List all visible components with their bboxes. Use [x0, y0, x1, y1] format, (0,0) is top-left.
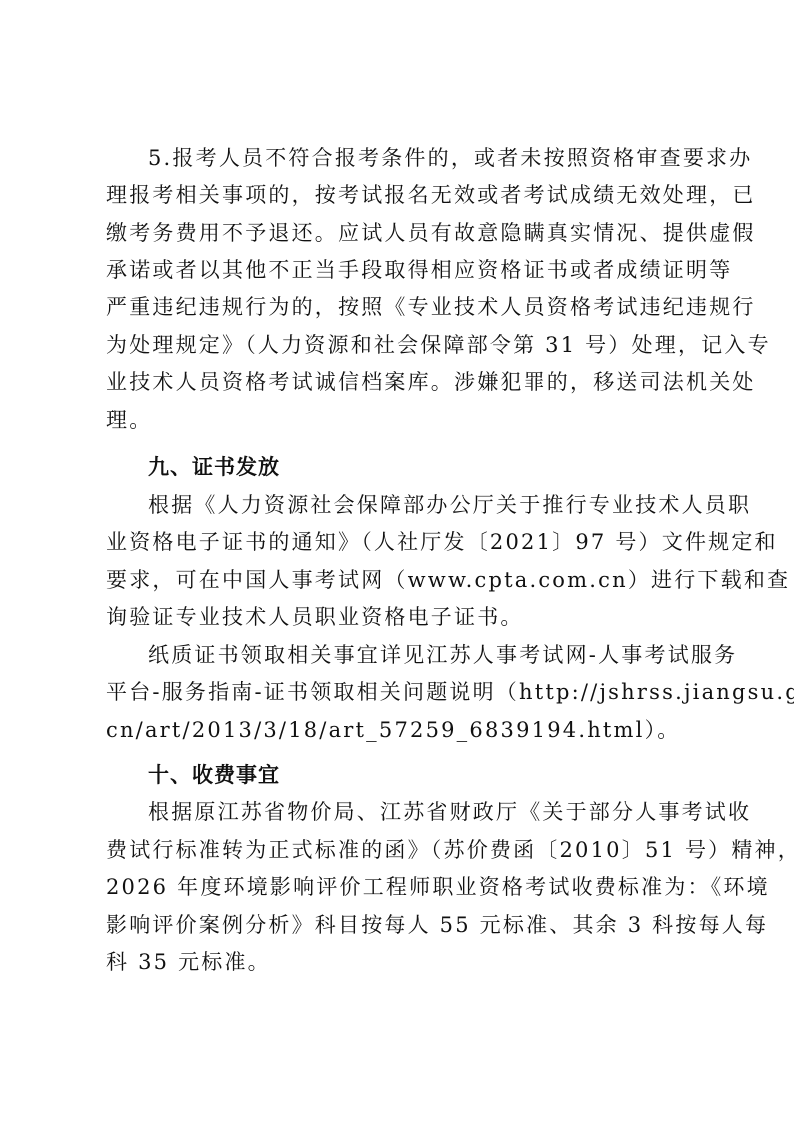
paragraph-line: 根据《人力资源社会保障部办公厅关于推行专业技术人员职 — [148, 492, 692, 518]
paragraph-line: 影响评价案例分析》科目按每人 55 元标准、其余 3 科按每人每 — [106, 912, 692, 938]
paragraph-line: cn/art/2013/3/18/art_57259_6839194.html）… — [106, 717, 692, 743]
paragraph-line: 理报考相关事项的，按考试报名无效或者考试成绩无效处理，已 — [106, 182, 692, 208]
paragraph-line: 科 35 元标准。 — [106, 949, 692, 975]
paragraph-line: 2026 年度环境影响评价工程师职业资格考试收费标准为：《环境 — [106, 874, 692, 900]
paragraph-line: 费试行标准转为正式标准的函》（苏价费函〔2010〕51 号）精神， — [106, 837, 692, 863]
paragraph-line: 缴考务费用不予退还。应试人员有故意隐瞒真实情况、提供虚假 — [106, 220, 692, 246]
section-heading-certificate: 九、证书发放 — [148, 454, 280, 480]
paragraph-line: 业资格电子证书的通知》（人社厅发〔2021〕97 号）文件规定和 — [106, 529, 692, 555]
section-heading-fees: 十、收费事宜 — [148, 762, 280, 788]
paragraph-line: 询验证专业技术人员职业资格电子证书。 — [106, 604, 692, 630]
paragraph-line: 业技术人员资格考试诚信档案库。涉嫌犯罪的，移送司法机关处 — [106, 369, 692, 395]
paragraph-line: 5.报考人员不符合报考条件的，或者未按照资格审查要求办 — [148, 145, 692, 171]
paragraph-line: 平台-服务指南-证书领取相关问题说明（http://jshrss.jiangsu… — [106, 679, 692, 705]
paragraph-line: 纸质证书领取相关事宜详见江苏人事考试网-人事考试服务 — [148, 642, 692, 668]
paragraph-line: 为处理规定》（人力资源和社会保障部令第 31 号）处理，记入专 — [106, 332, 692, 358]
document-page: 5.报考人员不符合报考条件的，或者未按照资格审查要求办 理报考相关事项的，按考试… — [0, 0, 794, 1123]
paragraph-line: 理。 — [106, 407, 692, 433]
paragraph-line: 要求，可在中国人事考试网（www.cpta.com.cn）进行下载和查 — [106, 567, 692, 593]
paragraph-line: 承诺或者以其他不正当手段取得相应资格证书或者成绩证明等 — [106, 257, 692, 283]
paragraph-line: 根据原江苏省物价局、江苏省财政厅《关于部分人事考试收 — [148, 799, 692, 825]
paragraph-line: 严重违纪违规行为的，按照《专业技术人员资格考试违纪违规行 — [106, 294, 692, 320]
